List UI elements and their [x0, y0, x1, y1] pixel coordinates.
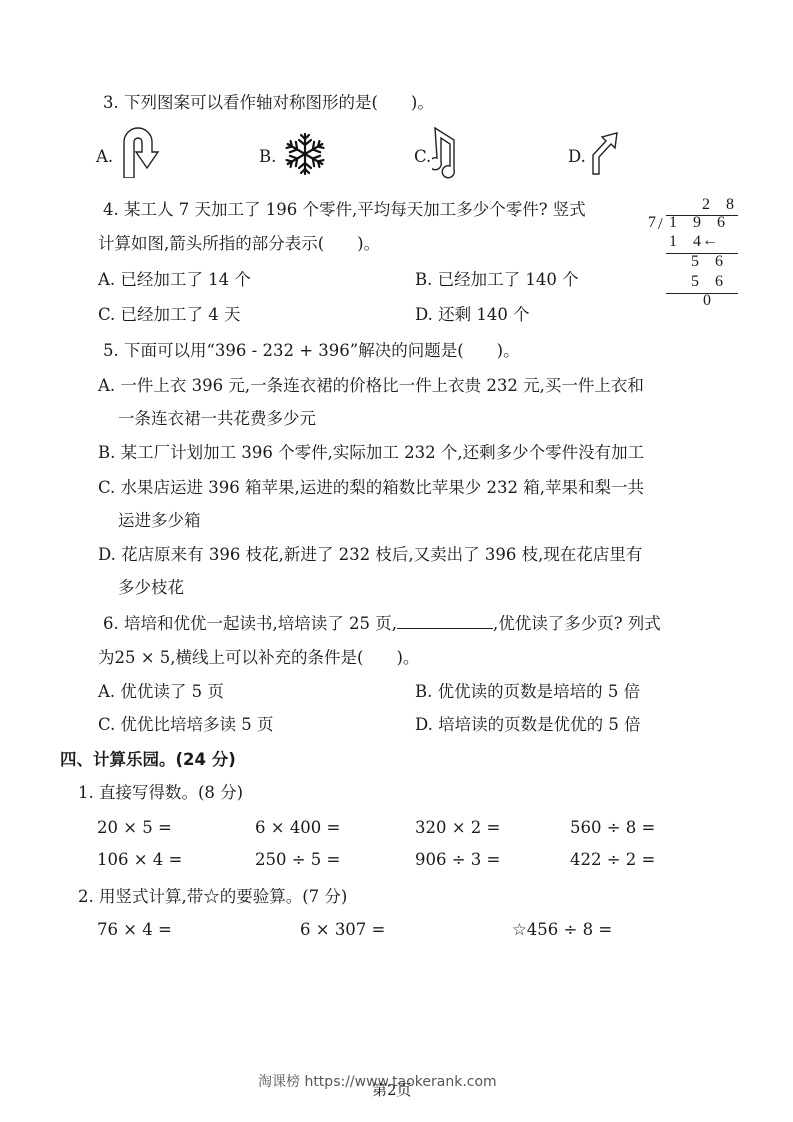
- snowflake-icon: [282, 131, 328, 177]
- q5-option-c-line2: 运进多少箱: [118, 511, 201, 531]
- q5-option-c-line1: C. 水果店运进 396 箱苹果,运进的梨的箱数比苹果少 232 箱,苹果和梨一…: [98, 478, 644, 498]
- q6-option-c: C. 优优比培培多读 5 页: [98, 715, 274, 735]
- q5-option-d-line2: 多少枝花: [118, 578, 184, 598]
- step-56-b: 5 6: [691, 273, 729, 291]
- division-line-2: [666, 293, 738, 294]
- q5-option-b: B. 某工厂计划加工 396 个零件,实际加工 232 个,还剩多少个零件没有加…: [98, 443, 644, 463]
- arrow-icon: ←: [702, 232, 718, 250]
- q3-option-c-label: C.: [414, 147, 431, 167]
- q3-option-b-label: B.: [259, 147, 276, 167]
- vertical-calc-2: 6 × 307 =: [300, 920, 385, 940]
- calc-2-3: 906 ÷ 3 =: [415, 850, 500, 870]
- calc-1-3: 320 × 2 =: [415, 818, 500, 838]
- q4-stem-line1: 4. 某工人 7 天加工了 196 个零件,平均每天加工多少个零件? 竖式: [103, 200, 586, 220]
- division-bracket: /: [658, 214, 663, 234]
- q6-option-b: B. 优优读的页数是培培的 5 倍: [415, 682, 640, 702]
- quotient: 2 8: [696, 196, 740, 214]
- calc-1-2: 6 × 400 =: [255, 818, 340, 838]
- step-56-a: 5 6: [691, 253, 729, 271]
- q3-stem: 3. 下列图案可以看作轴对称图形的是( )。: [103, 93, 434, 113]
- calc-1-1: 20 × 5 =: [97, 818, 172, 838]
- remainder: 0: [703, 292, 711, 310]
- dividend: 1 9 6: [669, 214, 731, 232]
- q6-stem-line2: 为25 × 5,横线上可以补充的条件是( )。: [98, 648, 419, 668]
- q4-option-b: B. 已经加工了 140 个: [415, 270, 579, 290]
- section4-title: 四、计算乐园。(24 分): [60, 750, 236, 770]
- section4-part2-title: 2. 用竖式计算,带☆的要验算。(7 分): [78, 887, 347, 907]
- vertical-calc-3: ☆456 ÷ 8 =: [512, 920, 612, 940]
- q5-option-a-line1: A. 一件上衣 396 元,一条连衣裙的价格比一件上衣贵 232 元,买一件上衣…: [98, 376, 644, 396]
- q6-option-d: D. 培培读的页数是优优的 5 倍: [415, 715, 641, 735]
- calc-1-4: 560 ÷ 8 =: [570, 818, 655, 838]
- q5-stem: 5. 下面可以用“396 - 232 + 396”解决的问题是( )。: [103, 341, 520, 361]
- q3-option-a-label: A.: [96, 147, 113, 167]
- divisor: 7: [648, 214, 656, 232]
- music-note-icon: [432, 126, 466, 182]
- q6-stem-line1-a: 6. 培培和优优一起读书,培培读了 25 页,: [103, 614, 397, 633]
- bent-arrow-icon: [590, 131, 620, 175]
- q6-fill-blank[interactable]: [397, 614, 493, 629]
- u-turn-arrow-icon: [120, 124, 164, 178]
- q4-option-d: D. 还剩 140 个: [415, 305, 530, 325]
- q3-option-d-label: D.: [568, 147, 586, 167]
- calc-2-1: 106 × 4 =: [97, 850, 182, 870]
- vertical-calc-1: 76 × 4 =: [97, 920, 172, 940]
- q5-option-a-line2: 一条连衣裙一共花费多少元: [118, 409, 316, 429]
- q6-stem-line1: 6. 培培和优优一起读书,培培读了 25 页,,优优读了多少页? 列式: [103, 614, 661, 634]
- section4-part1-title: 1. 直接写得数。(8 分): [78, 783, 243, 803]
- page-number: 第2页: [372, 1079, 412, 1100]
- q4-stem-line2: 计算如图,箭头所指的部分表示( )。: [98, 234, 380, 254]
- calc-2-2: 250 ÷ 5 =: [255, 850, 340, 870]
- q6-option-a: A. 优优读了 5 页: [98, 682, 224, 702]
- calc-2-4: 422 ÷ 2 =: [570, 850, 655, 870]
- long-division-figure: 2 8 7 / 1 9 6 1 4 ← 5 6 5 6 0: [636, 196, 740, 316]
- q4-option-c: C. 已经加工了 4 天: [98, 305, 241, 325]
- q4-option-a: A. 已经加工了 14 个: [98, 270, 251, 290]
- q6-stem-line1-b: ,优优读了多少页? 列式: [493, 614, 661, 633]
- q5-option-d-line1: D. 花店原来有 396 枝花,新进了 232 枝后,又卖出了 396 枝,现在…: [98, 545, 642, 565]
